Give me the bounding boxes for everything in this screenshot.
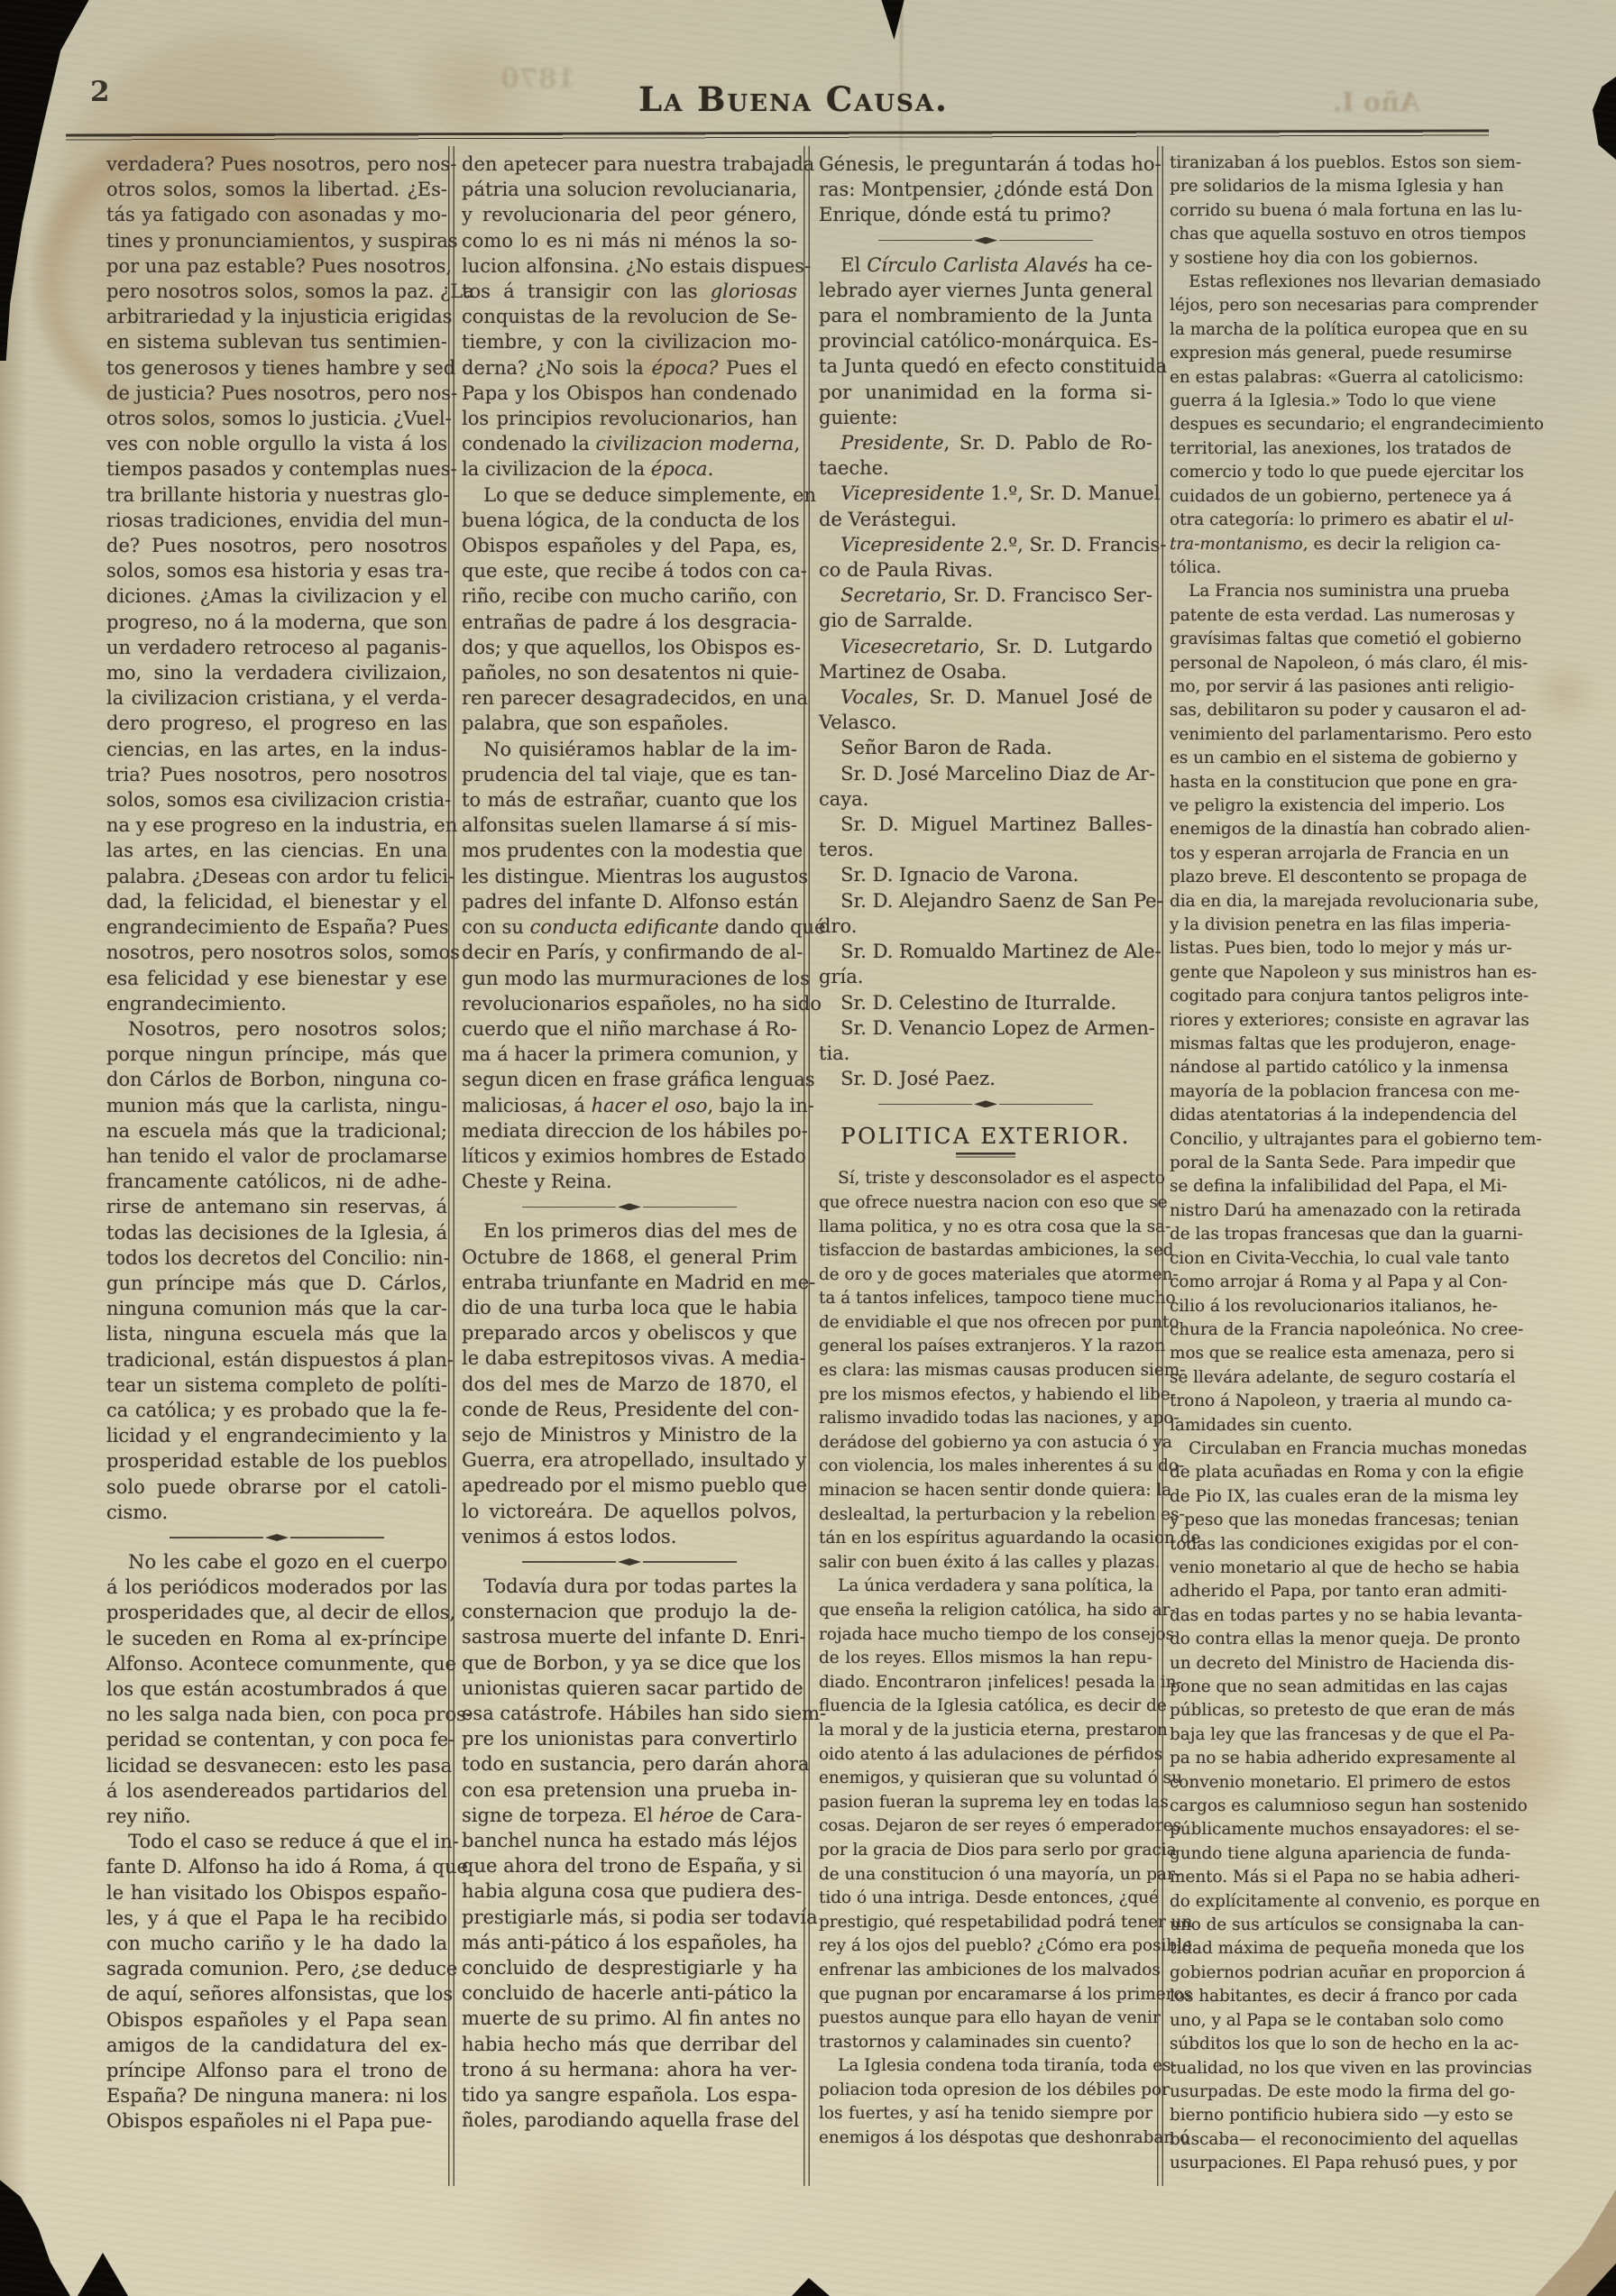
text-line: Enrique, dónde está tu primo?: [819, 202, 1152, 227]
text-line: cismo.: [106, 1500, 447, 1525]
paragraph: verdadera? Pues nosotros, pero nos-otros…: [106, 152, 447, 1016]
text-line: príncipe Alfonso para el trono de: [106, 2058, 447, 2083]
text-line: todas las decisiones de la Iglesia, á: [106, 1220, 447, 1245]
text-line: buscaba— el reconocimiento del aquellas: [1170, 2128, 1496, 2152]
text-line: Velasco.: [819, 710, 1152, 735]
text-line: prudencia del tal viaje, que es tan-: [462, 762, 797, 787]
text-line: pone que no sean admitidas en las cajas: [1170, 1676, 1496, 1699]
text-line: nándose al partido católico y la inmensa: [1170, 1056, 1496, 1079]
text-line: engrandecimiento de España? Pues: [106, 914, 447, 940]
text-line: que ofrece nuestra nacion con eso que se: [819, 1191, 1152, 1216]
text-line: diado. Encontraron ¡infelices! pesada la…: [819, 1671, 1152, 1695]
paragraph: No quisiéramos hablar de la im-prudencia…: [462, 737, 797, 1195]
text-line: gun modo las murmuraciones de los: [462, 966, 797, 991]
text-line: Presidente, Sr. D. Pablo de Ro-: [819, 430, 1152, 455]
diamond-ornament-icon: [618, 1203, 641, 1210]
text-line: mo, por servir á las pasiones anti relig…: [1170, 675, 1496, 699]
text-line: ves con noble orgullo la vista á los: [106, 431, 447, 456]
text-line: gobiernos podrian acuñar en proporcion á: [1170, 1961, 1496, 1985]
text-line: taeche.: [819, 455, 1152, 481]
text-line: mos prudentes con la modestia que: [462, 838, 797, 863]
text-line: Génesis, le preguntarán á todas ho-: [819, 152, 1152, 177]
text-line: prosperidades que, al decir de ellos,: [106, 1600, 447, 1625]
text-line: Vicepresidente 2.º, Sr. D. Francis-: [819, 532, 1152, 557]
paragraph: Sr. D. Alejandro Saenz de San Pe-dro.: [819, 888, 1152, 939]
paragraph: Sr. D. Celestino de Iturralde.: [819, 990, 1152, 1015]
ink-showthrough-date: 1870: [500, 63, 576, 95]
text-line: cuidados de un gobierno, pertenece ya á: [1170, 485, 1496, 509]
paragraph: Secretario, Sr. D. Francisco Ser-gio de …: [819, 583, 1152, 633]
text-line: con su conducta edificante dando qué: [462, 914, 797, 940]
text-line: Vocales, Sr. D. Manuel José de: [819, 684, 1152, 710]
text-line: venimos á estos lodos.: [462, 1524, 797, 1549]
text-line: de? Pues nosotros, pero nosotros: [106, 533, 447, 558]
text-line: tos y esperan arrojarla de Francia en un: [1170, 842, 1496, 866]
text-line: rey niño.: [106, 1804, 447, 1829]
text-line: tido ó una intriga. Desde entonces, ¿qué: [819, 1887, 1152, 1911]
text-line: palabra, que son españoles.: [462, 711, 797, 736]
text-line: y revolucionaria del peor género,: [462, 202, 797, 227]
paragraph: Vicesecretario, Sr. D. LutgardoMartinez …: [819, 634, 1152, 684]
text-line: Obispos españoles y del Papa, es,: [462, 533, 797, 558]
text-line: para el nombramiento de la Junta: [819, 303, 1152, 328]
text-line: licidad se desvanecen: esto les pasa: [106, 1753, 447, 1778]
text-line: ma á hacer la primera comunion, y: [462, 1042, 797, 1067]
text-line: enemigos á los déspotas que deshonraban …: [819, 2126, 1152, 2151]
paragraph: Vicepresidente 1.º, Sr. D. Manuelde Verá…: [819, 481, 1152, 531]
column-1: verdadera? Pues nosotros, pero nos-otros…: [106, 152, 447, 2135]
text-line: de aquí, señores alfonsistas, que los: [106, 1981, 447, 2007]
text-line: puestos aunque para ello hayan de venir: [819, 2007, 1152, 2031]
text-line: todo en sustancia, pero darán ahora: [462, 1751, 797, 1777]
text-line: Sí, triste y desconsolador es el aspecto: [819, 1167, 1152, 1191]
paragraph: La Iglesia condena toda tiranía, toda es…: [819, 2054, 1152, 2150]
text-line: de una constitucion ó una mayoría, un pa…: [819, 1863, 1152, 1887]
text-line: la civilizacion de la época.: [462, 456, 797, 482]
text-line: nosotros, pero nosotros solos, somos: [106, 940, 447, 965]
text-line: pre los unionistas para convertirlo: [462, 1726, 797, 1751]
text-line: Sr. D. Ignacio de Varona.: [819, 862, 1152, 887]
text-line: didas atentatorias á la independencia de…: [1170, 1104, 1496, 1127]
text-line: verdadera? Pues nosotros, pero nos-: [106, 152, 447, 177]
text-line: apedreado por el mismo pueblo que: [462, 1473, 797, 1498]
text-line: lebrado ayer viernes Junta general: [819, 278, 1152, 303]
text-line: lo victoreára. De aquellos polvos,: [462, 1499, 797, 1524]
text-line: tiranizaban á los pueblos. Estos son sie…: [1170, 152, 1496, 175]
text-line: los habitantes, es decir á franco por ca…: [1170, 1985, 1496, 2008]
text-line: entraba triunfante en Madrid en me-: [462, 1270, 797, 1295]
text-line: uno de sus artículos se consignaba la ca…: [1170, 1914, 1496, 1937]
text-line: tualidad, no los que viven en las provin…: [1170, 2057, 1496, 2080]
text-line: Cheste y Reina.: [462, 1169, 797, 1194]
text-line: don Cárlos de Borbon, ninguna co-: [106, 1067, 447, 1092]
text-line: gun príncipe más que D. Cárlos,: [106, 1271, 447, 1296]
text-line: cion en Civita-Vecchia, lo cual vale tan…: [1170, 1247, 1496, 1271]
text-line: adherido el Papa, por tanto eran admiti-: [1170, 1580, 1496, 1603]
column-rule: [448, 146, 454, 2186]
text-line: á los periódicos moderados por las: [106, 1575, 447, 1600]
text-line: tás ya fatigado con asonadas y mo-: [106, 202, 447, 227]
text-line: le han visitado los Obispos españo-: [106, 1880, 447, 1906]
text-line: sas, debilitaron su poder y causaron el …: [1170, 699, 1496, 722]
text-line: públicas, so pretesto de que eran de más: [1170, 1699, 1496, 1722]
text-line: ve peligro la existencia del imperio. Lo…: [1170, 794, 1496, 818]
text-line: do contra ellas la menor queja. De pront…: [1170, 1628, 1496, 1651]
paragraph: Génesis, le preguntarán á todas ho-ras: …: [819, 152, 1152, 228]
text-line: lamidades sin cuento.: [1170, 1414, 1496, 1437]
text-line: na escuela más que la tradicional;: [106, 1118, 447, 1143]
text-line: pátria una solucion revolucianaria,: [462, 177, 797, 202]
text-line: habia hecho más que derribar del: [462, 2032, 797, 2057]
text-line: caya.: [819, 786, 1152, 812]
text-line: amigos de la candidatura del ex-: [106, 2033, 447, 2058]
text-line: se defina la infalibilidad del Papa, el …: [1170, 1175, 1496, 1199]
text-line: mento. Más si el Papa no se habia adheri…: [1170, 1866, 1496, 1889]
text-line: La Francia nos suministra una prueba: [1170, 580, 1496, 603]
text-line: tido ya sangre española. Los espa-: [462, 2082, 797, 2108]
text-line: maliciosas, á hacer el oso, bajo la in-: [462, 1093, 797, 1118]
text-line: oido atento á las adulaciones de pérfido…: [819, 1743, 1152, 1768]
text-line: la moral y de la justicia eterna, presta…: [819, 1719, 1152, 1743]
text-line: corrido su buena ó mala fortuna en las l…: [1170, 199, 1496, 223]
text-line: Nosotros, pero nosotros solos;: [106, 1016, 447, 1042]
text-line: por una paz estable? Pues nosotros,: [106, 253, 447, 279]
text-line: baja ley que las francesas y de que el P…: [1170, 1723, 1496, 1747]
text-line: das en todas partes y no se habia levant…: [1170, 1604, 1496, 1628]
paragraph: En los primeros dias del mes deOctubre d…: [462, 1218, 797, 1549]
tear-top-right: [1593, 77, 1616, 160]
text-line: por unanimidad en la forma si-: [819, 380, 1152, 405]
text-line: sastrosa muerte del infante D. Enri-: [462, 1624, 797, 1649]
text-line: Sr. D. José Marcelino Diaz de Ar-: [819, 761, 1152, 786]
text-line: lista, ninguna escuela más que la: [106, 1321, 447, 1346]
text-line: pasion fueran la suprema ley en todas la…: [819, 1791, 1152, 1815]
text-line: convenio monetario. El primero de estos: [1170, 1771, 1496, 1795]
text-line: otros solos, somos la libertad. ¿Es-: [106, 177, 447, 202]
text-line: tán en los espíritus aguardando la ocasi…: [819, 1527, 1152, 1551]
text-line: Circulaban en Francia muchas monedas: [1170, 1437, 1496, 1461]
text-line: ñoles, parodiando aquella frase del: [462, 2108, 797, 2133]
text-line: Secretario, Sr. D. Francisco Ser-: [819, 583, 1152, 608]
text-line: fluencia de la Iglesia católica, es deci…: [819, 1694, 1152, 1719]
text-line: solos, somos esa civilizacion cristia-: [106, 787, 447, 813]
text-line: de envidiable el que nos ofrecen por pun…: [819, 1311, 1152, 1336]
text-line: cuerdo que el niño marchase á Ro-: [462, 1016, 797, 1042]
text-line: Papa y los Obispos han condenado: [462, 381, 797, 406]
water-stain: [460, 2160, 712, 2277]
text-line: Guerra, era atropellado, insultado y: [462, 1447, 797, 1473]
column-4: tiranizaban á los pueblos. Estos son sie…: [1170, 152, 1496, 2176]
text-line: trono á su hermana: ahora ha ver-: [462, 2057, 797, 2082]
paragraph: La Francia nos suministra una pruebapate…: [1170, 580, 1496, 1437]
tear-bottom-center: [792, 2278, 830, 2296]
text-line: enemigos de la dinastía han cobrado alie…: [1170, 818, 1496, 841]
paragraph: den apetecer para nuestra trabajadapátri…: [462, 152, 797, 482]
text-line: con esa pretension una prueba in-: [462, 1777, 797, 1803]
text-line: prestigio, qué respetabilidad podrá tene…: [819, 1911, 1152, 1935]
section-heading: POLITICA EXTERIOR.: [819, 1123, 1152, 1149]
text-line: progreso, no á la moderna, que son: [106, 610, 447, 635]
text-line: por la gracia de Dios para serlo por gra…: [819, 1839, 1152, 1863]
page-number: 2: [90, 76, 110, 108]
text-line: solos, somos esa historia y esas tra-: [106, 558, 447, 583]
text-line: peridad se contentan, y con poca fe-: [106, 1727, 447, 1752]
text-line: prosperidad estable de los pueblos: [106, 1448, 447, 1474]
text-line: mo, sino la verdadera civilizaion,: [106, 660, 447, 685]
text-line: nistro Darú ha amenazado con la retirada: [1170, 1199, 1496, 1223]
text-line: expresion más general, puede resumirse: [1170, 342, 1496, 365]
text-line: unionistas quieren sacar partido de: [462, 1676, 797, 1701]
masthead-title: La Buena Causa.: [638, 79, 949, 119]
text-line: más anti-pático á los españoles, ha: [462, 1930, 797, 1955]
paragraph: Sr. D. Venancio Lopez de Armen-tia.: [819, 1015, 1152, 1066]
text-line: derádose del gobierno ya con astucia ó y…: [819, 1431, 1152, 1456]
text-line: es un cambio en el sistema de gobierno y: [1170, 747, 1496, 770]
text-line: co de Paula Rivas.: [819, 557, 1152, 583]
text-line: pre los mismos efectos, y habiendo el li…: [819, 1383, 1152, 1408]
text-line: España? De ninguna manera: ni los: [106, 2083, 447, 2108]
text-line: ciencias, en las artes, en la indus-: [106, 737, 447, 762]
text-line: Lo que se deduce simplemente, en: [462, 482, 797, 508]
text-line: tria? Pues nosotros, pero nosotros: [106, 762, 447, 787]
text-line: de Verástegui.: [819, 507, 1152, 532]
text-line: tisfaccion de bastardas ambiciones, la s…: [819, 1239, 1152, 1263]
text-line: dro.: [819, 914, 1152, 939]
text-line: llama politica, y no es otra cosa que la…: [819, 1216, 1152, 1240]
text-line: tra-montanismo, es decir la religion ca-: [1170, 533, 1496, 556]
paragraph: tiranizaban á los pueblos. Estos son sie…: [1170, 152, 1496, 271]
text-line: den apetecer para nuestra trabajada: [462, 152, 797, 177]
tear-bottom-left: [78, 2253, 128, 2296]
text-line: muerte de su primo. Al fin antes no: [462, 2006, 797, 2031]
text-line: léjos, pero son necesarias para comprend…: [1170, 294, 1496, 317]
paragraph: Sr. D. Miguel Martinez Balles-teros.: [819, 812, 1152, 862]
text-line: enfrenar las ambiciones de los malvados: [819, 1959, 1152, 1983]
paragraph: Nosotros, pero nosotros solos;porque nin…: [106, 1016, 447, 1525]
paragraph: Sr. D. José Marcelino Diaz de Ar-caya.: [819, 761, 1152, 812]
text-line: mediata direccion de los hábiles po-: [462, 1118, 797, 1143]
text-line: sagrada comunion. Pero, ¿se deduce: [106, 1956, 447, 1981]
text-line: prestigiarle más, si podia ser todavía: [462, 1905, 797, 1930]
text-line: derna? ¿No sois la época? Pues el: [462, 355, 797, 381]
text-line: y sostiene hoy dia con los gobiernos.: [1170, 247, 1496, 271]
diamond-ornament-icon: [974, 237, 997, 244]
text-line: uno, y al Papa se le contaban solo como: [1170, 2009, 1496, 2033]
text-line: dia en dia, la marejada revolucionaria s…: [1170, 890, 1496, 914]
text-line: ras: Montpensier, ¿dónde está Don: [819, 177, 1152, 202]
text-line: tra brillante historia y nuestras glo-: [106, 482, 447, 508]
text-line: bierno pontificio hubiera sido —y esto s…: [1170, 2104, 1496, 2127]
text-line: poliacion toda opresion de los débiles p…: [819, 2079, 1152, 2103]
torn-corner-bottom-left: [0, 2175, 74, 2296]
text-line: las artes, en las ciencias. En una: [106, 838, 447, 863]
text-line: chura de la Francia napoleónica. No cree…: [1170, 1318, 1496, 1342]
text-line: poral de la Santa Sede. Para impedir que: [1170, 1152, 1496, 1175]
text-line: ren parecer desagradecidos, en una: [462, 685, 797, 711]
divider-ornament: [878, 1099, 1093, 1108]
text-line: consternacion que produjo la de-: [462, 1599, 797, 1624]
text-line: rirse de antemano sin reservas, á: [106, 1194, 447, 1219]
text-line: tradicional, están dispuestos á plan-: [106, 1347, 447, 1373]
text-line: trastornos y calaminades sin cuento?: [819, 2031, 1152, 2055]
text-line: y la division penetra en las filas imper…: [1170, 914, 1496, 937]
text-line: francamente católicos, ni de adhe-: [106, 1169, 447, 1194]
diamond-ornament-icon: [618, 1558, 641, 1566]
paragraph: Estas reflexiones nos llevarian demasiad…: [1170, 271, 1496, 580]
text-line: los principios revolucionarios, han: [462, 406, 797, 431]
text-line: gente que Napoleon y sus ministros han e…: [1170, 961, 1496, 985]
text-line: que pugnan por encaramarse á los primero…: [819, 1983, 1152, 2007]
text-line: deslealtad, la perturbacion y la rebelio…: [819, 1503, 1152, 1528]
text-line: plazo breve. El descontento se propaga d…: [1170, 866, 1496, 889]
text-line: Sr. D. José Paez.: [819, 1066, 1152, 1091]
text-line: cilio á los revolucionarios italianos, h…: [1170, 1295, 1496, 1318]
text-line: Sr. D. Venancio Lopez de Armen-: [819, 1015, 1152, 1041]
text-line: pero nosotros solos, somos la paz. ¿La: [106, 279, 447, 304]
text-line: dos del mes de Marzo de 1870, el: [462, 1372, 797, 1397]
text-line: gio de Sarralde.: [819, 608, 1152, 633]
text-line: los fuertes, y así ha tenido siempre por: [819, 2102, 1152, 2126]
text-line: públicamente muchos ensayadores: el se-: [1170, 1818, 1496, 1841]
text-line: despues es secundario; el engrandecimien…: [1170, 413, 1496, 436]
text-line: un decreto del Ministro de Hacienda dis-: [1170, 1652, 1496, 1676]
text-line: Estas reflexiones nos llevarian demasiad…: [1170, 271, 1496, 294]
text-line: es clara: las mismas causas producen sie…: [819, 1359, 1152, 1383]
text-line: licidad y el engrandecimiento y la: [106, 1423, 447, 1448]
paragraph: Todavía dura por todas partes laconstern…: [462, 1574, 797, 2133]
text-line: fante D. Alfonso ha ido á Roma, á que: [106, 1854, 447, 1879]
text-line: que enseña la religion católica, ha sido…: [819, 1599, 1152, 1623]
text-line: de plata acuñadas en Roma y con la efigi…: [1170, 1461, 1496, 1484]
text-line: solo puede obrarse por el catoli-: [106, 1474, 447, 1500]
text-line: personal de Napoleon, ó más claro, él mi…: [1170, 652, 1496, 675]
text-line: general los países extranjeros. Y la raz…: [819, 1335, 1152, 1359]
text-line: do explícitamente al convenio, es porque…: [1170, 1890, 1496, 1914]
heading-rule: [956, 1153, 1015, 1158]
text-line: enemigos, y quisieran que su voluntad ó …: [819, 1767, 1152, 1791]
text-line: palabra. ¿Deseas con ardor tu felici-: [106, 864, 447, 889]
paragraph: La única verdadera y sana política, laqu…: [819, 1575, 1152, 2054]
ink-showthrough-issue: Año I.: [1333, 87, 1420, 117]
text-line: banchel nunca ha estado más léjos: [462, 1828, 797, 1853]
text-line: rey á los ojos del pueblo? ¿Cómo era pos…: [819, 1934, 1152, 1959]
text-line: riño, recibe con mucho cariño, con: [462, 583, 797, 609]
text-line: les, y á que el Papa le ha recibido: [106, 1906, 447, 1931]
paragraph: Sr. D. Romualdo Martinez de Ale-gría.: [819, 939, 1152, 989]
text-line: gundo tiene alguna apariencia de funda-: [1170, 1842, 1496, 1866]
text-line: cogitado para conjura tantos peligros in…: [1170, 985, 1496, 1008]
text-line: listas. Pues bien, todo lo mejor y más u…: [1170, 937, 1496, 960]
text-line: como arrojar á Roma y al Papa y al Con-: [1170, 1271, 1496, 1294]
masthead-rule: [66, 130, 1489, 142]
text-line: riores y exteriores; consiste en agravar…: [1170, 1009, 1496, 1033]
text-line: riosas tradiciones, envidia del mun-: [106, 508, 447, 533]
text-line: de justicia? Pues nosotros, pero nos-: [106, 381, 447, 406]
text-line: pa no se habia adherido expresamente al: [1170, 1747, 1496, 1770]
divider-ornament: [878, 236, 1093, 245]
text-line: tos generosos y tienes hambre y sed: [106, 355, 447, 381]
text-line: hasta en la constitucion que pone en gra…: [1170, 771, 1496, 794]
text-line: que ahora del trono de España, y si: [462, 1853, 797, 1878]
diamond-ornament-icon: [974, 1100, 997, 1107]
text-line: cosas. Dejaron de ser reyes ó emperadore…: [819, 1814, 1152, 1839]
text-line: rojada hace mucho tiempo de los consejos: [819, 1623, 1152, 1648]
text-line: mayoría de la poblacion francesa con me-: [1170, 1080, 1496, 1104]
text-line: padres del infante D. Alfonso están: [462, 889, 797, 914]
text-line: venimiento del parlamentarismo. Pero est…: [1170, 723, 1496, 747]
text-line: pre solidarios de la misma Iglesia y han: [1170, 175, 1496, 198]
text-line: de las tropas francesas que dan la guarn…: [1170, 1223, 1496, 1246]
paragraph: Sr. D. Ignacio de Varona.: [819, 862, 1152, 887]
paragraph: Sí, triste y desconsolador es el aspecto…: [819, 1167, 1152, 1575]
paragraph: Vocales, Sr. D. Manuel José deVelasco.: [819, 684, 1152, 735]
text-line: tos á transigir con las gloriosas: [462, 279, 797, 304]
text-line: mos que se realice esta amenaza, pero si: [1170, 1342, 1496, 1365]
text-line: concluido de hacerle anti-pático la: [462, 1980, 797, 2006]
text-line: preparado arcos y obeliscos y que: [462, 1320, 797, 1345]
text-line: diciones. ¿Amas la civilizacion y el: [106, 583, 447, 609]
text-line: Martinez de Osaba.: [819, 659, 1152, 684]
text-line: le suceden en Roma al ex-príncipe: [106, 1626, 447, 1651]
text-line: se llevára adelante, de seguro costaría …: [1170, 1366, 1496, 1390]
text-line: decir en París, y confirmando de al-: [462, 940, 797, 965]
text-line: todos los decretos del Concilio: nin-: [106, 1245, 447, 1271]
text-line: dos; y que aquellos, los Obispos es-: [462, 635, 797, 660]
text-line: comercio y todo lo que puede ejercitar l…: [1170, 461, 1496, 484]
text-line: que este, que recibe á todos con ca-: [462, 558, 797, 583]
text-line: trono á Napoleon, y traeria al mundo ca-: [1170, 1390, 1496, 1413]
text-line: Todo el caso se reduce á que el in-: [106, 1829, 447, 1854]
text-line: en estas palabras: «Guerra al catolicism…: [1170, 366, 1496, 390]
text-line: salir con buen éxito á las calles y plaz…: [819, 1551, 1152, 1575]
text-line: sejo de Ministros y Ministro de la: [462, 1422, 797, 1447]
text-line: Octubre de 1868, el general Prim: [462, 1244, 797, 1270]
text-line: usurpaciones. El Papa rehusó pues, y por: [1170, 2152, 1496, 2175]
text-line: patente de esta verdad. Las numerosas y: [1170, 604, 1496, 628]
text-line: Vicepresidente 1.º, Sr. D. Manuel: [819, 481, 1152, 506]
text-line: chas que aquella sostuvo en otros tiempo…: [1170, 223, 1496, 246]
text-line: dio de una turba loca que le habia: [462, 1295, 797, 1320]
text-line: Sr. D. Alejandro Saenz de San Pe-: [819, 888, 1152, 914]
text-line: teros.: [819, 837, 1152, 862]
text-line: como lo es ni más ni ménos la so-: [462, 228, 797, 253]
text-line: gría.: [819, 964, 1152, 989]
text-line: dad, la felicidad, el bienestar y el: [106, 889, 447, 914]
paragraph: El Círculo Carlista Alavés ha ce-lebrado…: [819, 253, 1152, 430]
text-line: Vicesecretario, Sr. D. Lutgardo: [819, 634, 1152, 659]
text-line: mismas faltas que les produjeron, enage-: [1170, 1033, 1496, 1056]
text-line: signe de torpeza. El héroe de Cara-: [462, 1803, 797, 1828]
text-line: Obispos españoles ni el Papa pue-: [106, 2108, 447, 2134]
text-line: líticos y eximios hombres de Estado: [462, 1143, 797, 1169]
text-line: El Círculo Carlista Alavés ha ce-: [819, 253, 1152, 278]
text-line: dero progreso, el progreso en las: [106, 711, 447, 736]
text-line: tidad máxima de pequeña moneda que los: [1170, 1937, 1496, 1961]
text-line: gravísimas faltas que cometió el gobiern…: [1170, 628, 1496, 651]
text-line: entrañas de padre á los desgracia-: [462, 610, 797, 635]
text-line: la marcha de la política europea que en …: [1170, 318, 1496, 342]
text-line: esa catástrofe. Hábiles han sido siem-: [462, 1701, 797, 1726]
text-line: de oro y de goces materiales que atormen…: [819, 1263, 1152, 1288]
paragraph: Presidente, Sr. D. Pablo de Ro-taeche.: [819, 430, 1152, 481]
text-line: la civilizacion cristiana, y el verda-: [106, 685, 447, 711]
text-line: minacion se hacen sentir donde quiera: l…: [819, 1479, 1152, 1503]
divider-ornament: [170, 1533, 384, 1542]
text-line: engrandecimiento.: [106, 991, 447, 1016]
text-line: ca católica; y es probado que la fe-: [106, 1398, 447, 1423]
text-line: Todavía dura por todas partes la: [462, 1574, 797, 1599]
text-line: en sistema sublevan tus sentimien-: [106, 329, 447, 354]
